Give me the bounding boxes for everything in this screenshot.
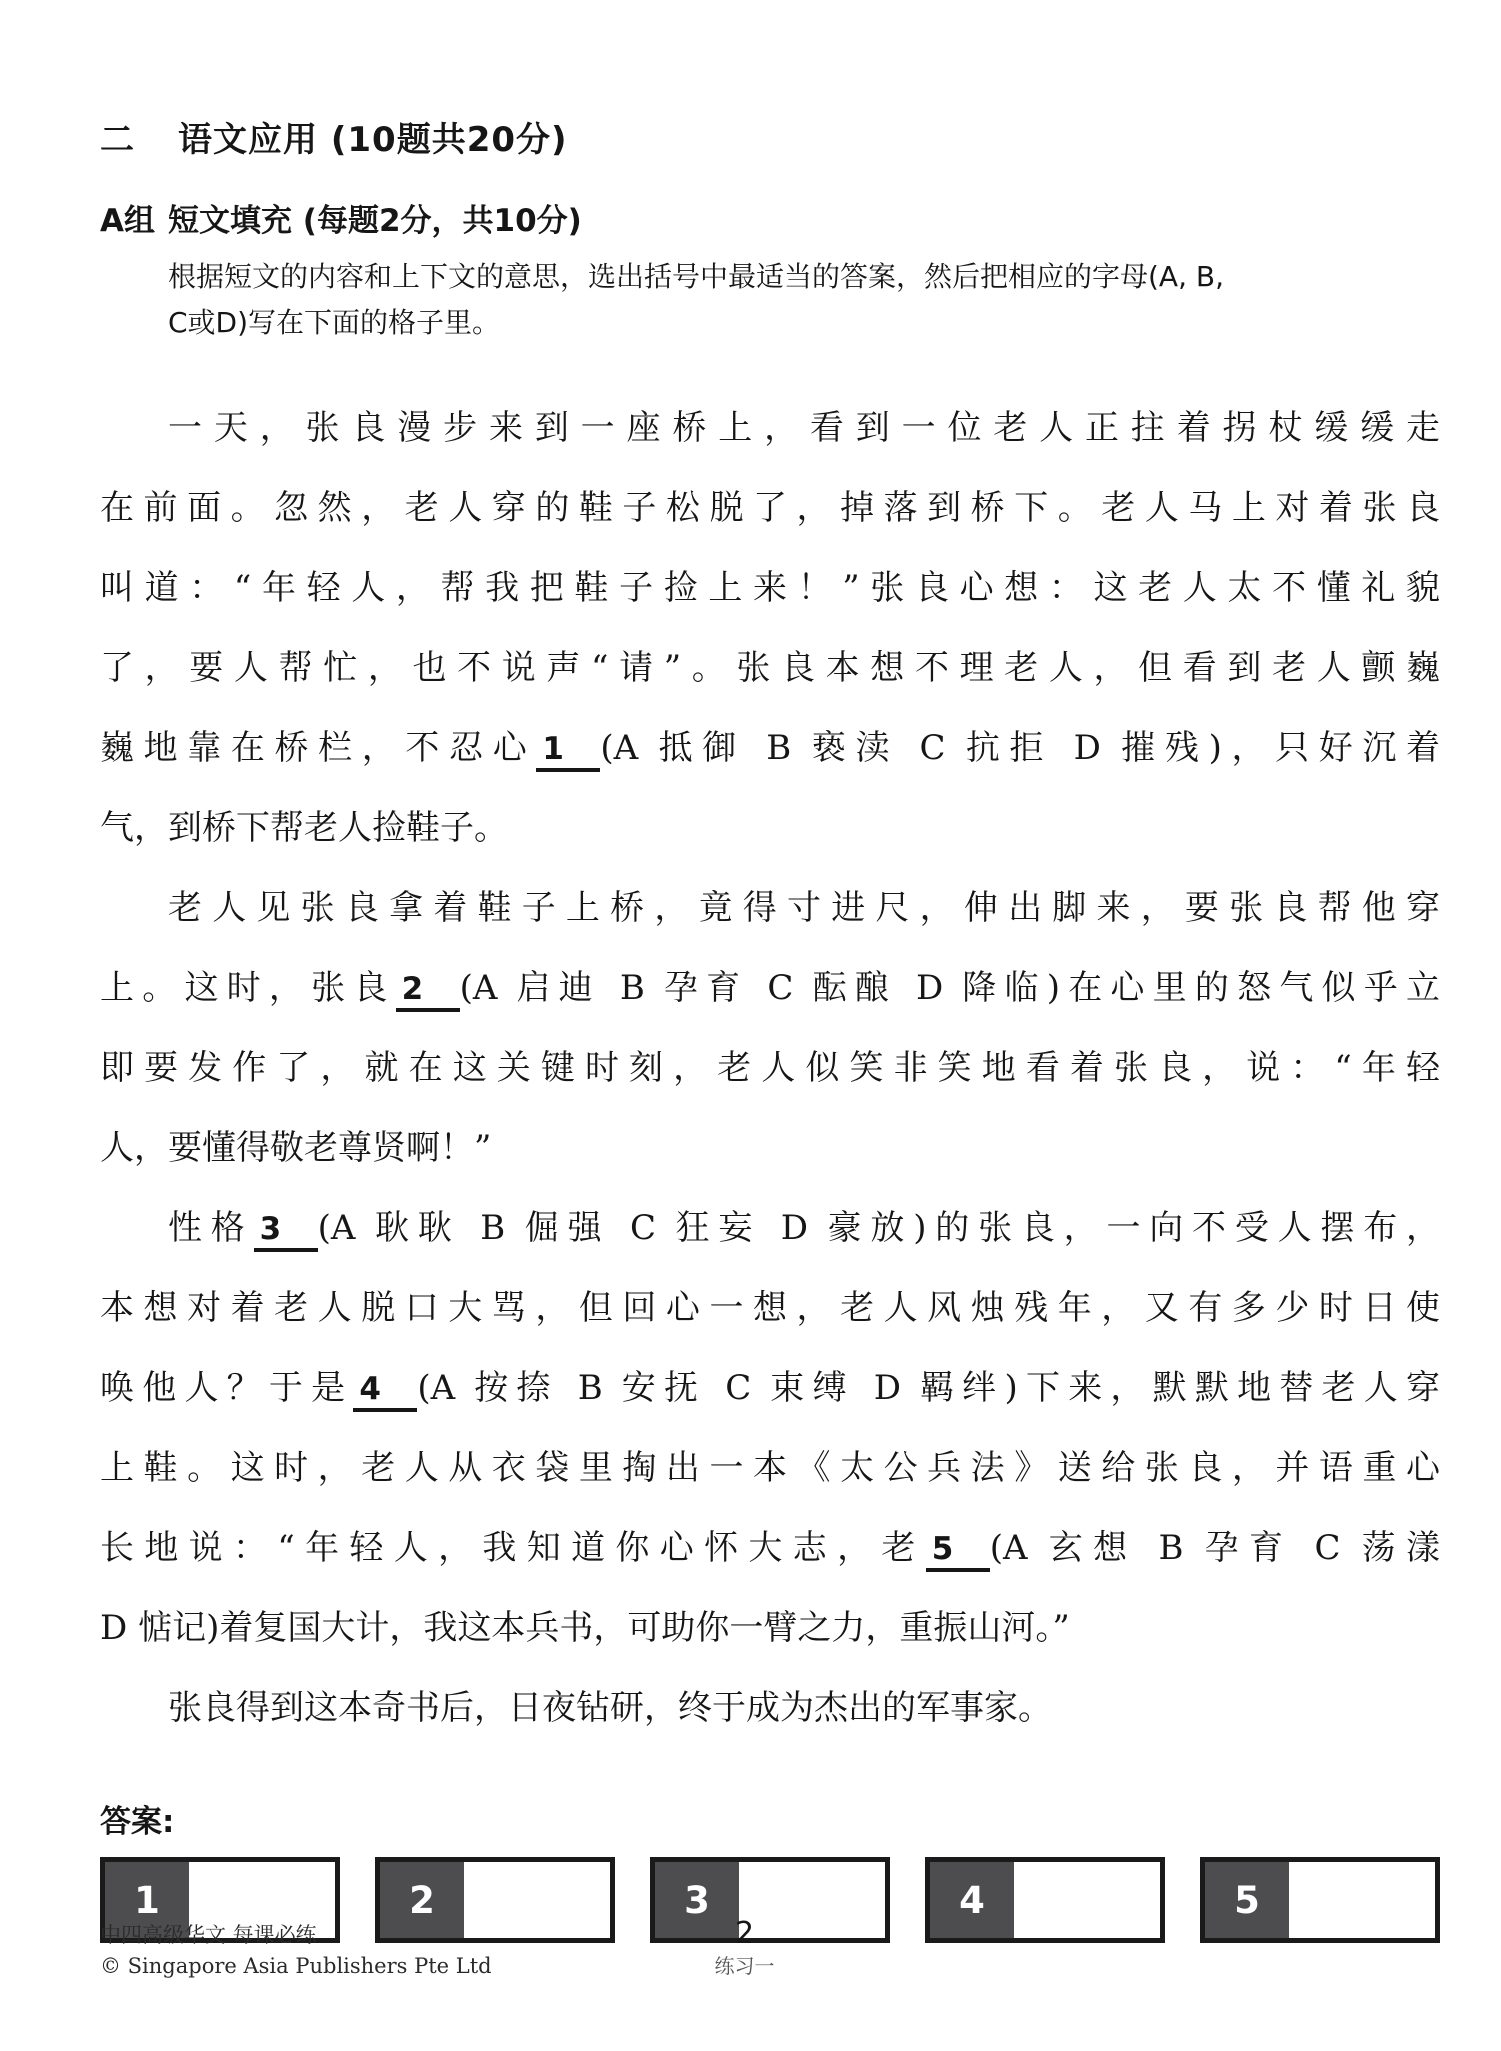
blank-5[interactable]: 5 bbox=[926, 1532, 990, 1572]
passage-text: 性格 bbox=[168, 1208, 254, 1248]
passage-text: 巍地靠在桥栏，不忍心 bbox=[100, 728, 536, 768]
passage-line: 上。这时，张良2(A 启迪 B 孕育 C 酝酿 D 降临)在心里的怒气似乎立 bbox=[100, 948, 1440, 1028]
passage-line: 性格3(A 耿耿 B 倔强 C 狂妄 D 豪放)的张良，一向不受人摆布， bbox=[100, 1188, 1440, 1268]
passage-text: D 惦记)着复国大计，我这本兵书，可助你一臂之力，重振山河。” bbox=[100, 1608, 1070, 1648]
group-header: A组 短文填充 (每题2分，共10分) bbox=[100, 195, 1440, 240]
blank-1[interactable]: 1 bbox=[536, 732, 600, 772]
answers-label: 答案: bbox=[100, 1796, 1440, 1841]
passage-line: 上鞋。这时，老人从衣袋里掏出一本《太公兵法》送给张良，并语重心 bbox=[100, 1428, 1440, 1508]
passage-text: 在前面。忽然，老人穿的鞋子松脱了，掉落到桥下。老人马上对着张良 bbox=[100, 488, 1440, 528]
passage-line: 张良得到这本奇书后，日夜钻研，终于成为杰出的军事家。 bbox=[100, 1668, 1440, 1748]
passage-text: 即要发作了，就在这关键时刻，老人似笑非笑地看着张良，说：“年轻 bbox=[100, 1048, 1440, 1088]
passage-text: (A 启迪 B 孕育 C 酝酿 D 降临)在心里的怒气似乎立 bbox=[460, 968, 1440, 1008]
page-content: 二 语文应用 (10题共20分) A组 短文填充 (每题2分，共10分) 根据短… bbox=[100, 112, 1440, 1943]
group-label: A组 bbox=[100, 195, 168, 240]
passage-text: 气，到桥下帮老人捡鞋子。 bbox=[100, 808, 508, 848]
passage-text: 老人见张良拿着鞋子上桥，竟得寸进尺，伸出脚来，要张良帮他穿 bbox=[168, 888, 1440, 928]
footer-center: 2 练习一 bbox=[0, 1916, 1489, 1980]
passage-line: 唤他人？于是4(A 按捺 B 安抚 C 束缚 D 羁绊)下来，默默地替老人穿 bbox=[100, 1348, 1440, 1428]
passage-line: 巍地靠在桥栏，不忍心1(A 抵御 B 亵渎 C 抗拒 D 摧残)，只好沉着 bbox=[100, 708, 1440, 788]
exercise-label: 练习一 bbox=[0, 1952, 1489, 1980]
passage-text: 上鞋。这时，老人从衣袋里掏出一本《太公兵法》送给张良，并语重心 bbox=[100, 1448, 1440, 1488]
passage-text: 张良得到这本奇书后，日夜钻研，终于成为杰出的军事家。 bbox=[168, 1688, 1052, 1728]
passage-text: (A 按捺 B 安抚 C 束缚 D 羁绊)下来，默默地替老人穿 bbox=[417, 1368, 1440, 1408]
passage-line: 本想对着老人脱口大骂，但回心一想，老人风烛残年，又有多少时日使 bbox=[100, 1268, 1440, 1348]
passage-line: 了，要人帮忙，也不说声“请”。张良本想不理老人，但看到老人颤巍 bbox=[100, 628, 1440, 708]
passage-text: 上。这时，张良 bbox=[100, 968, 396, 1008]
section-header: 二 语文应用 (10题共20分) bbox=[100, 112, 1440, 161]
blank-3[interactable]: 3 bbox=[254, 1212, 318, 1252]
passage-line: 一天，张良漫步来到一座桥上，看到一位老人正拄着拐杖缓缓走 bbox=[100, 388, 1440, 468]
passage-line: D 惦记)着复国大计，我这本兵书，可助你一臂之力，重振山河。” bbox=[100, 1588, 1440, 1668]
passage-text: 唤他人？于是 bbox=[100, 1368, 353, 1408]
passage-text: 长地说：“年轻人，我知道你心怀大志，老 bbox=[100, 1528, 926, 1568]
passage-line: 在前面。忽然，老人穿的鞋子松脱了，掉落到桥下。老人马上对着张良 bbox=[100, 468, 1440, 548]
blank-2[interactable]: 2 bbox=[396, 972, 460, 1012]
passage-text: 叫道：“年轻人，帮我把鞋子捡上来！”张良心想：这老人太不懂礼貌 bbox=[100, 568, 1440, 608]
passage-text: 了，要人帮忙，也不说声“请”。张良本想不理老人，但看到老人颤巍 bbox=[100, 648, 1440, 688]
section-number: 二 bbox=[100, 112, 178, 161]
passage: 一天，张良漫步来到一座桥上，看到一位老人正拄着拐杖缓缓走在前面。忽然，老人穿的鞋… bbox=[100, 388, 1440, 1748]
passage-line: 叫道：“年轻人，帮我把鞋子捡上来！”张良心想：这老人太不懂礼貌 bbox=[100, 548, 1440, 628]
group-title: 短文填充 (每题2分，共10分) bbox=[168, 195, 582, 240]
section-title: 语文应用 (10题共20分) bbox=[178, 112, 568, 161]
passage-text: 一天，张良漫步来到一座桥上，看到一位老人正拄着拐杖缓缓走 bbox=[168, 408, 1440, 448]
passage-line: 即要发作了，就在这关键时刻，老人似笑非笑地看着张良，说：“年轻 bbox=[100, 1028, 1440, 1108]
passage-line: 老人见张良拿着鞋子上桥，竟得寸进尺，伸出脚来，要张良帮他穿 bbox=[100, 868, 1440, 948]
instructions: 根据短文的内容和上下文的意思，选出括号中最适当的答案，然后把相应的字母(A, B… bbox=[168, 254, 1440, 346]
passage-line: 长地说：“年轻人，我知道你心怀大志，老5(A 玄想 B 孕育 C 荡漾 bbox=[100, 1508, 1440, 1588]
blank-4[interactable]: 4 bbox=[353, 1372, 417, 1412]
passage-text: (A 耿耿 B 倔强 C 狂妄 D 豪放)的张良，一向不受人摆布， bbox=[318, 1208, 1440, 1248]
instructions-line-1: 根据短文的内容和上下文的意思，选出括号中最适当的答案，然后把相应的字母(A, B… bbox=[168, 254, 1440, 300]
passage-text: 本想对着老人脱口大骂，但回心一想，老人风烛残年，又有多少时日使 bbox=[100, 1288, 1440, 1328]
passage-line: 气，到桥下帮老人捡鞋子。 bbox=[100, 788, 1440, 868]
passage-text: (A 玄想 B 孕育 C 荡漾 bbox=[990, 1528, 1440, 1568]
worksheet-page: 二 语文应用 (10题共20分) A组 短文填充 (每题2分，共10分) 根据短… bbox=[0, 0, 1501, 2051]
page-number: 2 bbox=[0, 1916, 1489, 1952]
instructions-line-2: C或D)写在下面的格子里。 bbox=[168, 300, 1440, 346]
passage-text: (A 抵御 B 亵渎 C 抗拒 D 摧残)，只好沉着 bbox=[600, 728, 1440, 768]
passage-line: 人，要懂得敬老尊贤啊！” bbox=[100, 1108, 1440, 1188]
passage-text: 人，要懂得敬老尊贤啊！” bbox=[100, 1128, 491, 1168]
